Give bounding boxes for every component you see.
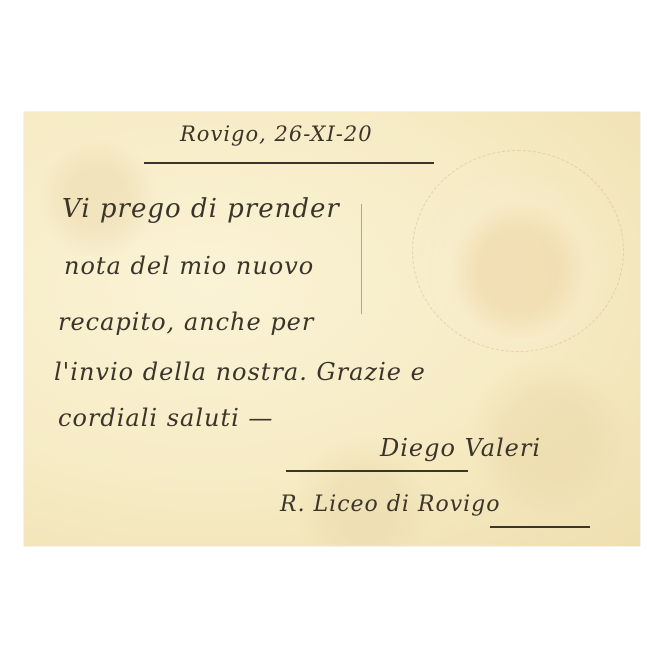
signature: Diego Valeri [380, 434, 541, 462]
rovigo-underline [490, 526, 590, 528]
body-line-3: recapito, anche per [58, 308, 314, 336]
body-line-4: l'invio della nostra. Grazie e [54, 358, 426, 386]
pencil-mark [361, 204, 362, 314]
address-line: R. Liceo di Rovigo [280, 492, 501, 517]
postcard: Rovigo, 26-XI-20 Vi prego di prender not… [24, 112, 640, 546]
header-underline [144, 162, 434, 164]
signature-underline [286, 470, 468, 472]
body-line-2: nota del mio nuovo [64, 252, 314, 280]
body-line-5: cordiali saluti — [58, 404, 273, 432]
place-date: Rovigo, 26-XI-20 [180, 122, 373, 146]
embossed-stamp [412, 150, 624, 352]
body-line-1: Vi prego di prender [62, 194, 340, 224]
